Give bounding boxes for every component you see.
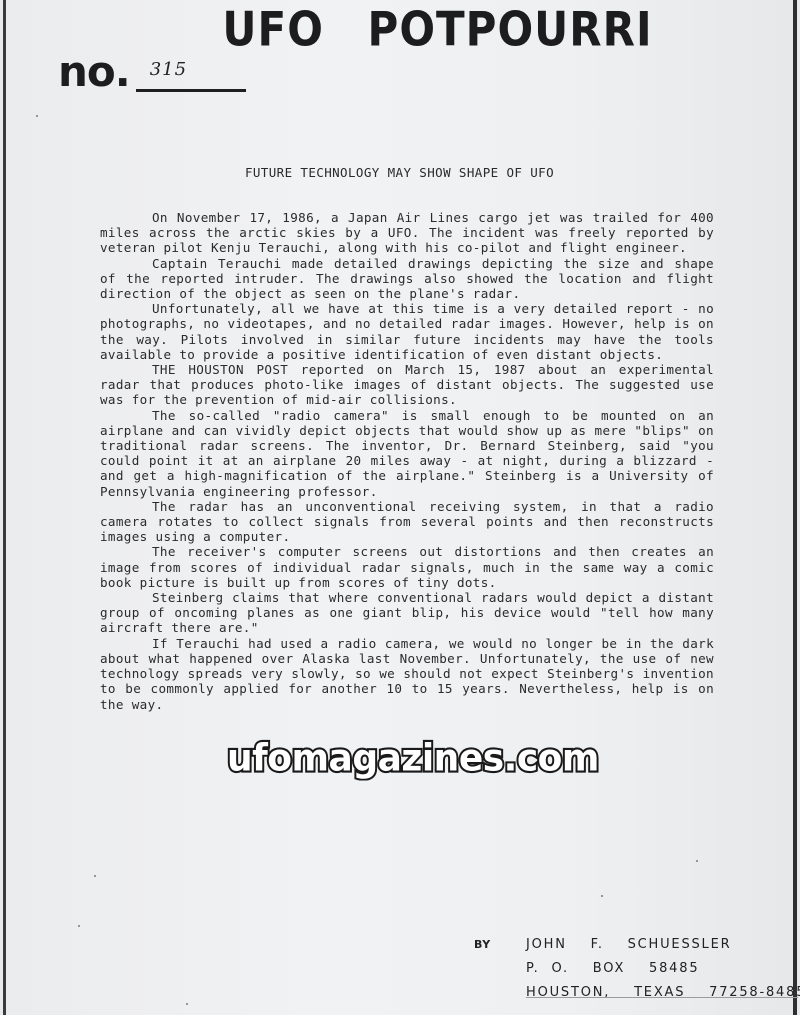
author-name: JOHN F. SCHUESSLER [526, 937, 731, 952]
article-headline: FUTURE TECHNOLOGY MAY SHOW SHAPE OF UFO [6, 165, 793, 180]
article-paragraph: THE HOUSTON POST reported on March 15, 1… [100, 362, 714, 408]
paper-speck [186, 1003, 188, 1005]
paper-speck [601, 895, 603, 897]
article-paragraph: On November 17, 1986, a Japan Air Lines … [100, 210, 714, 256]
article-paragraph: The radar has an unconventional receivin… [100, 499, 714, 545]
article-paragraph: The receiver's computer screens out dist… [100, 544, 714, 590]
watermark: ufomagazines.com [227, 737, 599, 780]
paper-speck [36, 115, 38, 117]
issue-number-block: no. 315 [58, 52, 246, 92]
article-paragraph: Captain Terauchi made detailed drawings … [100, 256, 714, 302]
document-page: UFO POTPOURRI no. 315 FUTURE TECHNOLOGY … [3, 0, 797, 1015]
newsletter-title: UFO POTPOURRI [222, 2, 652, 57]
article-paragraph: If Terauchi had used a radio camera, we … [100, 636, 714, 712]
masthead: UFO POTPOURRI [6, 2, 793, 51]
signature-address-row: HOUSTON, TEXAS 77258-8485 [474, 980, 800, 1004]
paper-speck [94, 875, 96, 877]
issue-label: no. [58, 52, 130, 92]
article-paragraph: Unfortunately, all we have at this time … [100, 301, 714, 362]
article-paragraph: The so-called "radio camera" is small en… [100, 408, 714, 499]
by-label: BY [474, 938, 526, 951]
paper-speck [696, 860, 698, 862]
signature-po-box-row: P. O. BOX 58485 [474, 956, 800, 980]
bottom-rule-divider [526, 997, 798, 998]
article-body: On November 17, 1986, a Japan Air Lines … [100, 210, 714, 712]
paper-speck [78, 925, 80, 927]
author-po-box: P. O. BOX 58485 [526, 961, 699, 976]
article-paragraph: Steinberg claims that where conventional… [100, 590, 714, 636]
signature-name-row: BY JOHN F. SCHUESSLER [474, 932, 800, 956]
author-signature: BY JOHN F. SCHUESSLER P. O. BOX 58485 HO… [474, 932, 800, 1004]
issue-number-line: 315 [136, 55, 246, 92]
issue-number: 315 [150, 59, 187, 80]
